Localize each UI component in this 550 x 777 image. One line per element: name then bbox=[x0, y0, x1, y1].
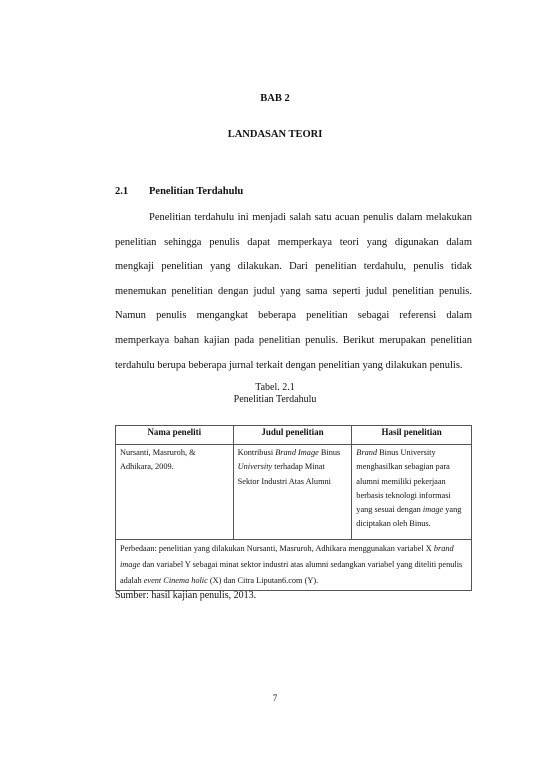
table-row-perbedaan: Perbedaan: penelitian yang dilakukan Nur… bbox=[116, 540, 472, 591]
cell-hasil: Brand Binus University menghasilkan seba… bbox=[352, 445, 472, 540]
research-table: Nama peneliti Judul penelitian Hasil pen… bbox=[115, 425, 472, 591]
section-number: 2.1 bbox=[115, 186, 149, 197]
table-caption-number: Tabel. 2.1 bbox=[0, 382, 550, 393]
table-row: Nursanti, Masruroh, & Adhikara, 2009. Ko… bbox=[116, 445, 472, 540]
section-heading: 2.1Penelitian Terdahulu bbox=[115, 186, 243, 197]
cell-peneliti: Nursanti, Masruroh, & Adhikara, 2009. bbox=[116, 445, 234, 540]
header-hasil-penelitian: Hasil penelitian bbox=[352, 426, 472, 445]
header-judul-penelitian: Judul penelitian bbox=[233, 426, 352, 445]
body-paragraph: Penelitian terdahulu ini menjadi salah s… bbox=[115, 206, 472, 378]
cell-perbedaan: Perbedaan: penelitian yang dilakukan Nur… bbox=[116, 540, 472, 591]
table-header-row: Nama peneliti Judul penelitian Hasil pen… bbox=[116, 426, 472, 445]
section-title: Penelitian Terdahulu bbox=[149, 186, 243, 197]
table-source: Sumber: hasil kajian penulis, 2013. bbox=[115, 590, 256, 601]
page-number: 7 bbox=[0, 693, 550, 703]
cell-judul: Kontribusi Brand Image Binus University … bbox=[233, 445, 352, 540]
chapter-label: BAB 2 bbox=[0, 93, 550, 104]
header-nama-peneliti: Nama peneliti bbox=[116, 426, 234, 445]
table-caption-title: Penelitian Terdahulu bbox=[0, 394, 550, 405]
chapter-title: LANDASAN TEORI bbox=[0, 129, 550, 140]
